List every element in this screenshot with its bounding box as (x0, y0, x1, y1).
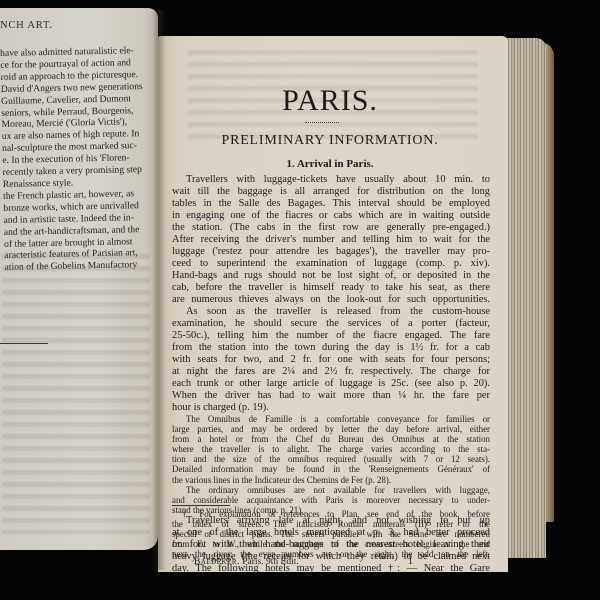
text-line: cab, before the traveller is himself rea… (172, 282, 490, 294)
show-through-text (2, 254, 150, 534)
publisher-name: Baedeker. (194, 557, 240, 567)
left-page: NCH ART. have also admitted naturalistic… (0, 8, 158, 550)
page-title: PARIS. (158, 84, 502, 118)
text-line: After receiving the driver's number and … (172, 234, 490, 246)
chapter-heading: PRELIMINARY INFORMATION. (158, 133, 502, 149)
text-line: from E. to W., while the numbers of the … (172, 539, 490, 549)
page-edges (506, 38, 546, 558)
paragraph-omnibus-famille: The Omnibus de Famille is a comfortable … (172, 414, 490, 485)
text-line: † For explanation of references to Plan,… (172, 509, 490, 519)
text-line: the various lines in the Indicateur des … (172, 475, 490, 485)
edition-info: Paris. 9th Edit. (242, 557, 298, 567)
text-line: ceed to superintend the examination of l… (172, 258, 490, 270)
text-line: at night the fares are 2¼ and 2½ fr. res… (172, 366, 490, 378)
sheet-number: 1 (408, 556, 413, 567)
text-line: As soon as the traveller is released fro… (172, 306, 490, 318)
text-line: from the station into the town during th… (172, 342, 490, 354)
paragraph-luggage: Travellers with luggage-tickets have usu… (172, 174, 490, 306)
title-ornament (305, 122, 339, 123)
text-line: are numerous thieves always on the look-… (172, 294, 490, 306)
text-line: wait till the baggage is all arranged fo… (172, 186, 490, 198)
text-line: tables in the Salle des Bagages. This in… (172, 198, 490, 210)
section-heading: 1. Arrival in Paris. (158, 158, 502, 170)
text-line: with seats for two, and 2 fr. for one wi… (172, 354, 490, 366)
text-line: hour is charged (p. 19). (172, 402, 490, 414)
text-line: The Omnibus de Famille is a comfortable … (172, 414, 490, 424)
text-line: the station. (The cabs in the first row … (172, 222, 490, 234)
book-gutter (152, 10, 166, 570)
text-line: 25-50c.), telling him the number of the … (172, 330, 490, 342)
text-line: large parties, and may be ordered by let… (172, 424, 490, 434)
text-line: Detailed information may be found in the… (172, 464, 490, 474)
text-line: special or district plans. The streets p… (172, 529, 490, 539)
paragraph-porter: As soon as the traveller is released fro… (172, 306, 490, 414)
footnote-rule (172, 505, 230, 506)
text-line: luggage ('restez pour attendre les bagag… (172, 246, 490, 258)
text-line: where the traveller is to alight. The ch… (172, 444, 490, 454)
text-line: in engaging one of the fiacres or cabs w… (172, 210, 490, 222)
text-line: Hand-bags and rugs should not be lost si… (172, 270, 490, 282)
text-line: tion and the size of the omnibus require… (172, 454, 490, 464)
text-line: and considerable acquaintance with Paris… (172, 495, 490, 505)
left-page-text: have also admitted naturalistic ele- ce … (0, 45, 155, 274)
text-line: the index of streets. The italicised Rom… (172, 519, 490, 529)
open-book-photo: NCH ART. have also admitted naturalistic… (0, 0, 600, 600)
text-line: each trunk or other large article of lug… (172, 378, 490, 390)
text-line: from a hotel or from the Chef du Bureau … (172, 434, 490, 444)
left-running-head: NCH ART. (0, 20, 53, 31)
text-line: Travellers with luggage-tickets have usu… (172, 174, 490, 186)
text-line: The ordinary omnibuses are not available… (172, 485, 490, 495)
text-line: When the driver has had to wait more tha… (172, 390, 490, 402)
right-page: PARIS. PRELIMINARY INFORMATION. 1. Arriv… (158, 36, 508, 572)
printer-signature: Baedeker. Paris. 9th Edit. (194, 557, 299, 567)
text-line: examination, he should secure the servic… (172, 318, 490, 330)
footnote: † For explanation of references to Plan,… (172, 509, 490, 559)
left-page-rule (0, 343, 48, 344)
